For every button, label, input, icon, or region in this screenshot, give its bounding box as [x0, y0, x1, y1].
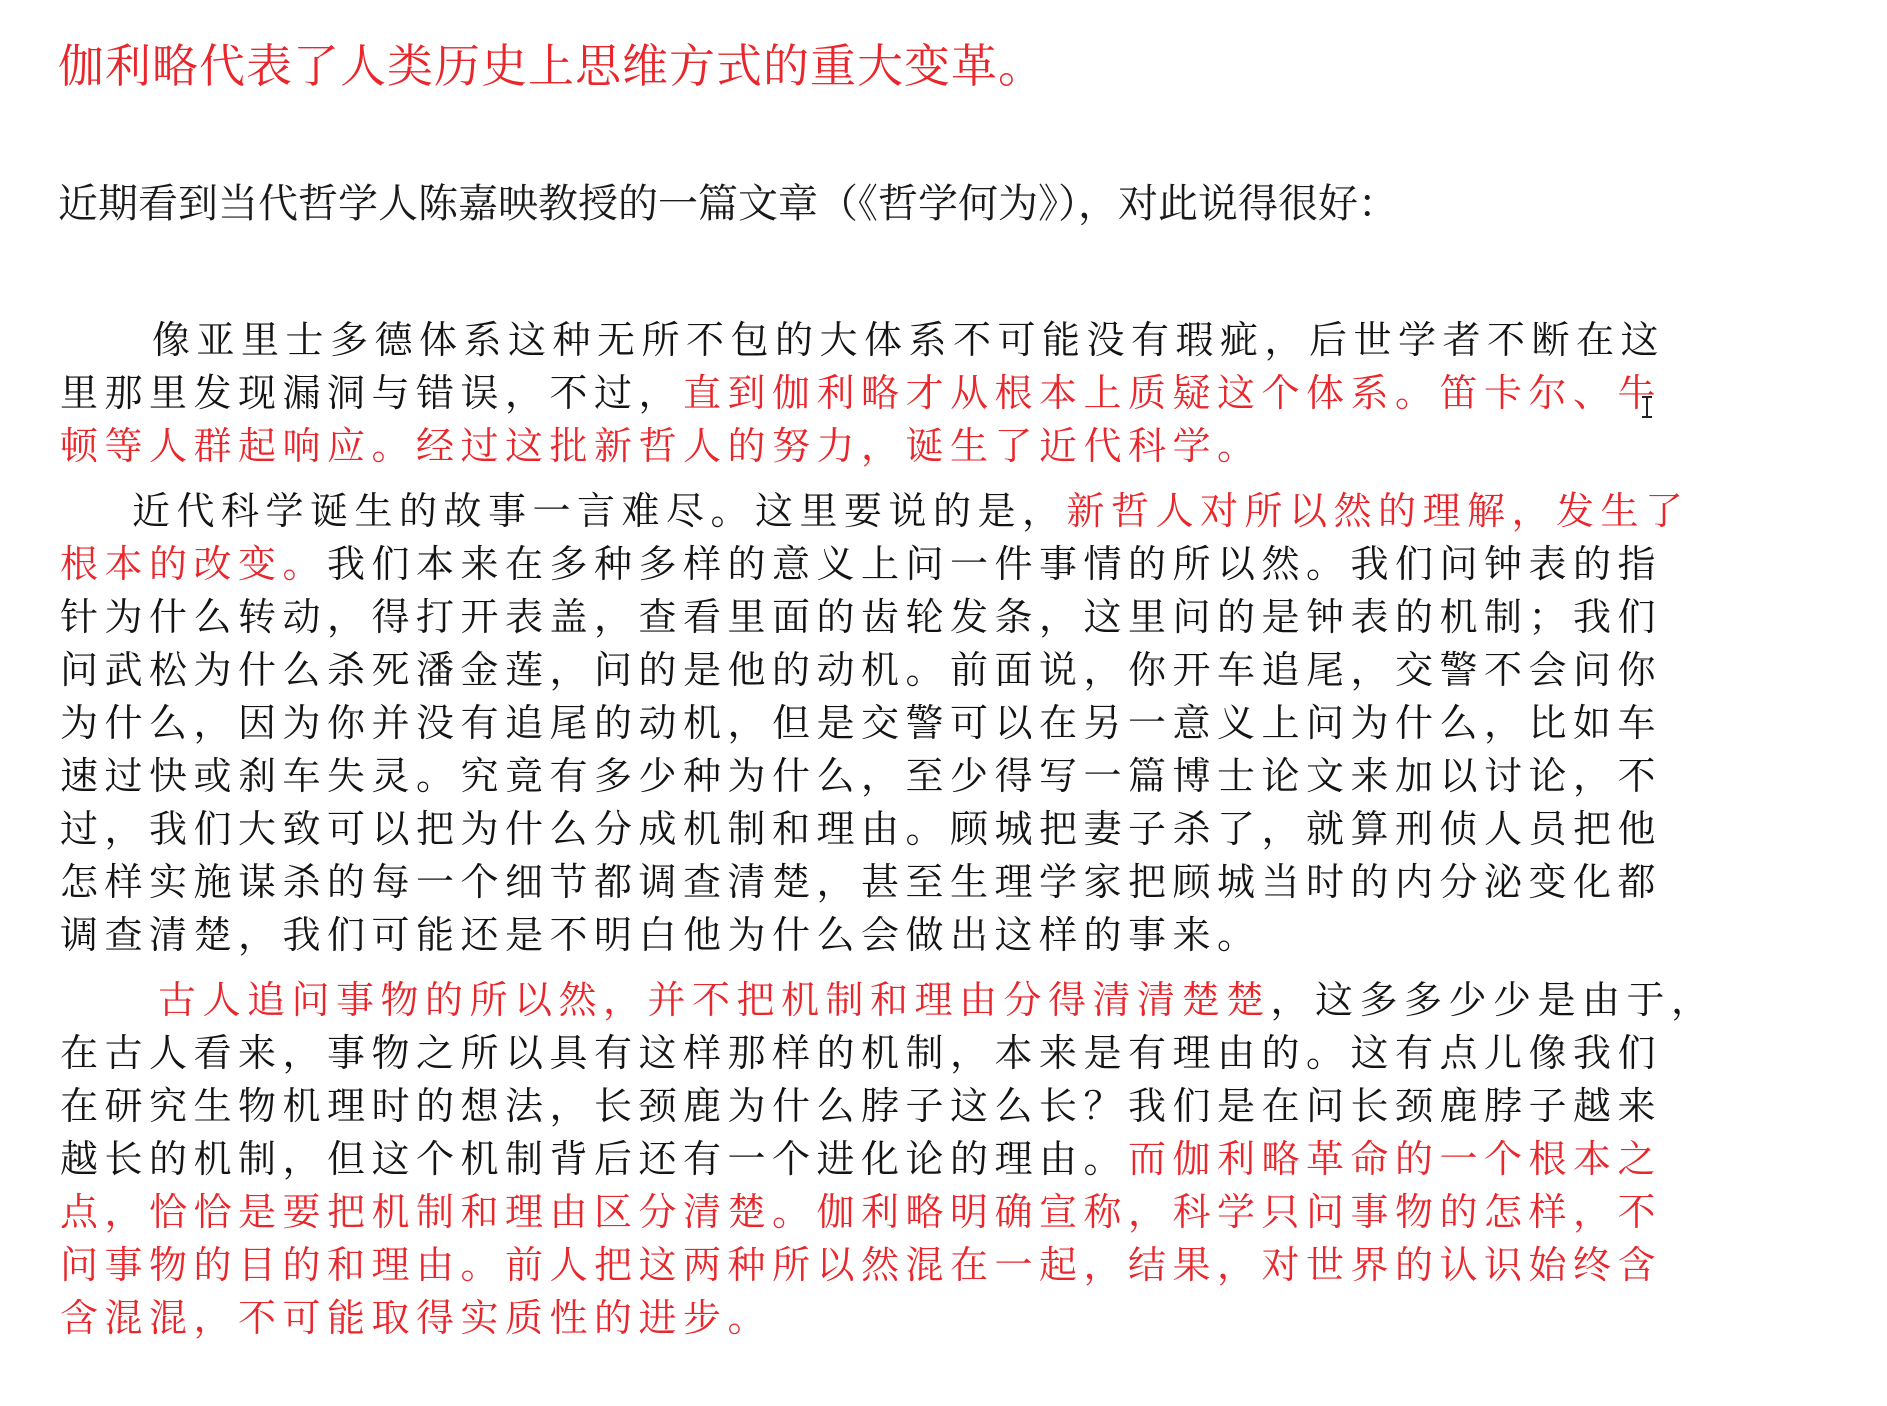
- quote-line: 像亚里士多德体系这种无所不包的大体系不可能没有瑕疵，后世学者不断在这: [60, 314, 1850, 367]
- text-segment: 过，我们大致可以把为什么分成机制和理由。顾城把妻子杀了，就算刑侦人员把他: [60, 807, 1662, 851]
- highlighted-segment: 含混混，不可能取得实质性的进步。: [60, 1296, 772, 1340]
- highlighted-segment: 顿等人群起响应。经过这批新哲人的努力，诞生了近代科学。: [60, 424, 1262, 468]
- text-segment: 速过快或刹车失灵。究竟有多少种为什么，至少得写一篇博士论文来加以讨论，不: [60, 754, 1662, 798]
- quote-line: 在古人看来，事物之所以具有这样那样的机制，本来是有理由的。这有点儿像我们: [60, 1027, 1850, 1080]
- text-cursor-ibeam-icon: [1642, 396, 1652, 418]
- quote-line: 含混混，不可能取得实质性的进步。: [60, 1292, 1850, 1345]
- quote-line: 近代科学诞生的故事一言难尽。这里要说的是，新哲人对所以然的理解，发生了: [60, 485, 1850, 538]
- quote-line: 点，恰恰是要把机制和理由区分清楚。伽利略明确宣称，科学只问事物的怎样，不: [60, 1186, 1850, 1239]
- quote-paragraph-1: 像亚里士多德体系这种无所不包的大体系不可能没有瑕疵，后世学者不断在这 里那里发现…: [60, 314, 1850, 473]
- highlighted-segment: 新哲人对所以然的理解，发生了: [1067, 489, 1690, 533]
- text-segment: ，这多多少少是由于，: [1271, 978, 1716, 1022]
- text-segment: 针为什么转动，得打开表盖，查看里面的齿轮发条，这里问的是钟表的机制；我们: [60, 595, 1662, 639]
- text-segment: 怎样实施谋杀的每一个细节都调查清楚，甚至生理学家把顾城当时的内分泌变化都: [60, 860, 1662, 904]
- quote-line: 调查清楚，我们可能还是不明白他为什么会做出这样的事来。: [60, 909, 1850, 962]
- quote-line: 问武松为什么杀死潘金莲，问的是他的动机。前面说，你开车追尾，交警不会问你: [60, 644, 1850, 697]
- highlighted-segment: 根本的改变。: [60, 542, 327, 586]
- highlighted-segment: 而伽利略革命的一个根本之: [1128, 1137, 1662, 1181]
- quote-line: 在研究生物机理时的想法，长颈鹿为什么脖子这么长？我们是在问长颈鹿脖子越来: [60, 1080, 1850, 1133]
- text-segment: 越长的机制，但这个机制背后还有一个进化论的理由。: [60, 1137, 1128, 1181]
- quote-line: 里那里发现漏洞与错误，不过，直到伽利略才从根本上质疑这个体系。笛卡尔、牛: [60, 367, 1850, 420]
- intro-sentence: 近期看到当代哲学人陈嘉映教授的一篇文章（《哲学何为》），对此说得很好：: [58, 177, 1398, 231]
- quote-line: 越长的机制，但这个机制背后还有一个进化论的理由。而伽利略革命的一个根本之: [60, 1133, 1850, 1186]
- quote-line: 针为什么转动，得打开表盖，查看里面的齿轮发条，这里问的是钟表的机制；我们: [60, 591, 1850, 644]
- text-segment: 在古人看来，事物之所以具有这样那样的机制，本来是有理由的。这有点儿像我们: [60, 1031, 1662, 1075]
- quote-line: 古人追问事物的所以然，并不把机制和理由分得清清楚楚，这多多少少是由于，: [60, 974, 1850, 1027]
- quote-paragraph-2: 近代科学诞生的故事一言难尽。这里要说的是，新哲人对所以然的理解，发生了 根本的改…: [60, 485, 1850, 962]
- quote-line: 根本的改变。我们本来在多种多样的意义上问一件事情的所以然。我们问钟表的指: [60, 538, 1850, 591]
- quote-line: 怎样实施谋杀的每一个细节都调查清楚，甚至生理学家把顾城当时的内分泌变化都: [60, 856, 1850, 909]
- text-segment: 为什么，因为你并没有追尾的动机，但是交警可以在另一意义上问为什么，比如车: [60, 701, 1662, 745]
- text-segment: 我们本来在多种多样的意义上问一件事情的所以然。我们问钟表的指: [327, 542, 1662, 586]
- text-segment: 在研究生物机理时的想法，长颈鹿为什么脖子这么长？我们是在问长颈鹿脖子越来: [60, 1084, 1662, 1128]
- text-segment: 近代科学诞生的故事一言难尽。这里要说的是，: [132, 489, 1067, 533]
- quote-line: 顿等人群起响应。经过这批新哲人的努力，诞生了近代科学。: [60, 420, 1850, 473]
- text-segment: 调查清楚，我们可能还是不明白他为什么会做出这样的事来。: [60, 913, 1262, 957]
- quoted-passage: 像亚里士多德体系这种无所不包的大体系不可能没有瑕疵，后世学者不断在这 里那里发现…: [60, 314, 1850, 1345]
- highlighted-segment: 直到伽利略才从根本上质疑这个体系。笛卡尔、牛: [683, 371, 1662, 415]
- slide-heading: 伽利略代表了人类历史上思维方式的重大变革。: [58, 38, 1045, 94]
- quote-line: 问事物的目的和理由。前人把这两种所以然混在一起，结果，对世界的认识始终含: [60, 1239, 1850, 1292]
- quote-paragraph-3: 古人追问事物的所以然，并不把机制和理由分得清清楚楚，这多多少少是由于， 在古人看…: [60, 974, 1850, 1345]
- quote-line: 为什么，因为你并没有追尾的动机，但是交警可以在另一意义上问为什么，比如车: [60, 697, 1850, 750]
- text-segment: 里那里发现漏洞与错误，不过，: [60, 371, 683, 415]
- text-segment: 像亚里士多德体系这种无所不包的大体系不可能没有瑕疵，后世学者不断在这: [152, 318, 1665, 362]
- highlighted-segment: 点，恰恰是要把机制和理由区分清楚。伽利略明确宣称，科学只问事物的怎样，不: [60, 1190, 1662, 1234]
- highlighted-segment: 问事物的目的和理由。前人把这两种所以然混在一起，结果，对世界的认识始终含: [60, 1243, 1662, 1287]
- text-segment: 问武松为什么杀死潘金莲，问的是他的动机。前面说，你开车追尾，交警不会问你: [60, 648, 1662, 692]
- quote-line: 速过快或刹车失灵。究竟有多少种为什么，至少得写一篇博士论文来加以讨论，不: [60, 750, 1850, 803]
- quote-line: 过，我们大致可以把为什么分成机制和理由。顾城把妻子杀了，就算刑侦人员把他: [60, 803, 1850, 856]
- highlighted-segment: 古人追问事物的所以然，并不把机制和理由分得清清楚楚: [158, 978, 1271, 1022]
